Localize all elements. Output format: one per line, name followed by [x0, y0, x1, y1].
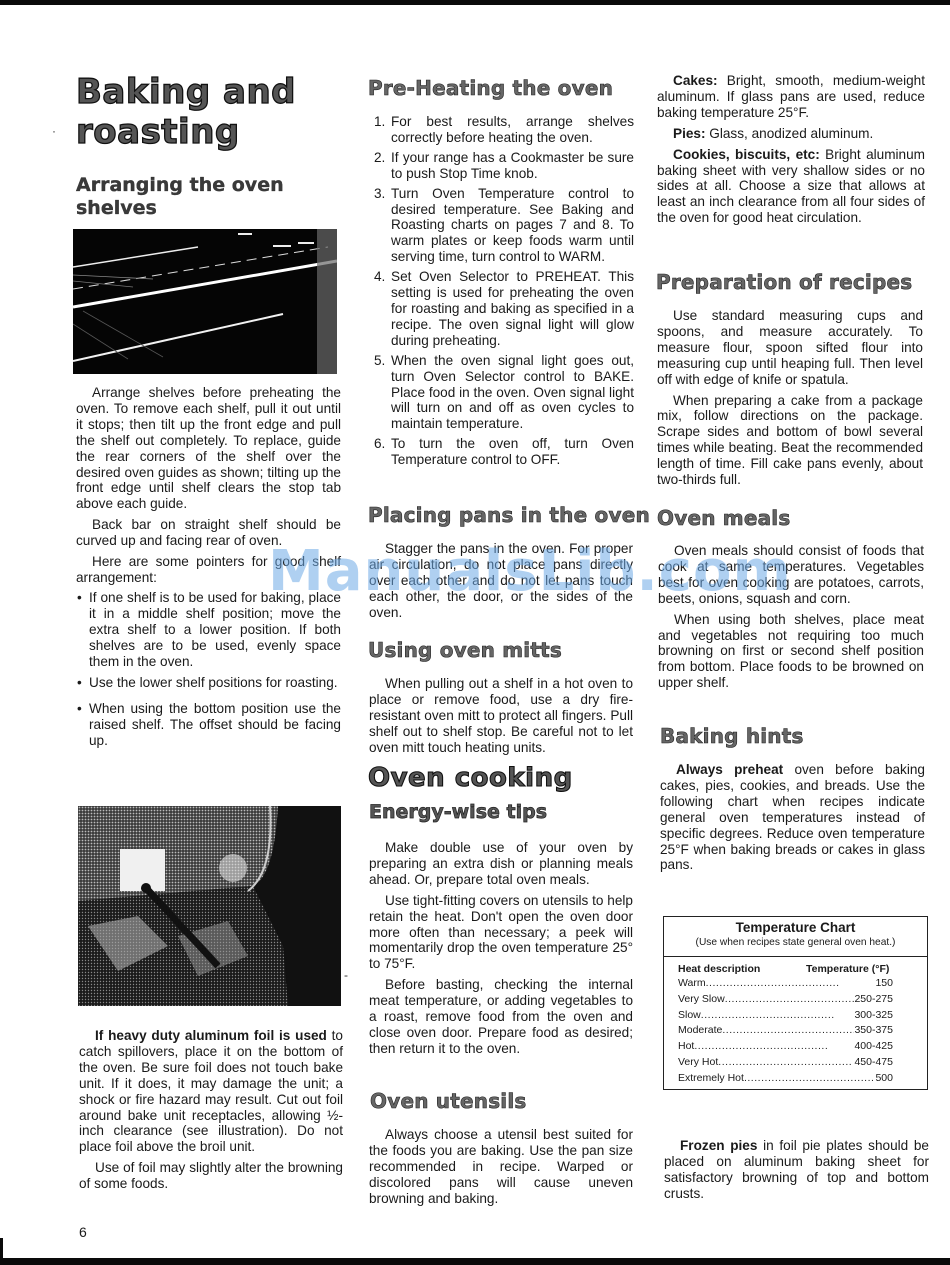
arranging-para1: Arrange shelves before preheating the ov… — [76, 385, 341, 512]
chart-row: Slow300-325 — [664, 1008, 893, 1024]
cakes-para: Cakes: Bright, smooth, medium-weight alu… — [657, 73, 925, 121]
foil-para1: If heavy duty aluminum foil is used to c… — [79, 1028, 343, 1155]
chart-row: Very Slow250-275 — [664, 992, 893, 1008]
pies-para: Pies: Glass, anodized aluminum. — [657, 126, 925, 142]
list-item: 1.For best results, arrange shelves corr… — [370, 114, 634, 146]
page-number: 6 — [79, 1224, 87, 1240]
temperature-chart: Temperature Chart (Use when recipes stat… — [663, 916, 928, 1090]
utensils-text: Always choose a utensil best suited for … — [369, 1127, 633, 1207]
section-title-oven-meals: Oven meals — [657, 506, 790, 530]
corner-border — [0, 1238, 3, 1260]
list-item: •If one shelf is to be used for baking, … — [76, 590, 341, 670]
chart-column-headers: Heat description Temperature (°F) — [664, 957, 927, 976]
section-title-oven-cooking: Oven cooking — [368, 763, 573, 793]
shelf-pointers-list: •If one shelf is to be used for baking, … — [76, 590, 341, 749]
bullet-icon: • — [77, 701, 82, 717]
frozen-pies-text: Frozen pies in foil pie plates should be… — [664, 1138, 929, 1202]
chart-title: Temperature Chart — [664, 917, 927, 936]
margin-mark: - — [344, 968, 348, 982]
placing-text: Stagger the pans in the oven. For proper… — [369, 541, 633, 621]
list-item: 6.To turn the oven off, turn Oven Temper… — [370, 436, 634, 468]
page-title-line2: roasting — [76, 112, 240, 152]
bullet-icon: • — [77, 675, 82, 691]
bullet-icon: • — [77, 590, 82, 606]
mitts-text: When pulling out a shelf in a hot oven t… — [369, 676, 633, 756]
section-title-placing-pans: Placing pans in the oven — [368, 503, 650, 527]
section-title-preheating: Pre-Heating the oven — [368, 76, 613, 100]
list-item: 4.Set Oven Selector to PREHEAT. This set… — [370, 269, 634, 349]
preheat-steps-list: 1.For best results, arrange shelves corr… — [370, 114, 634, 468]
foil-para2: Use of foil may slightly alter the brown… — [79, 1160, 343, 1192]
foil-text: If heavy duty aluminum foil is used to c… — [79, 1028, 343, 1192]
section-title-preparation: Preparation of recipes — [656, 270, 912, 294]
pan-types-text: Cakes: Bright, smooth, medium-weight alu… — [657, 73, 925, 226]
arranging-para2: Back bar on straight shelf should be cur… — [76, 517, 341, 549]
section-title-energy-tips: Energy-wise tips — [369, 801, 547, 824]
chart-row: Warm150 — [664, 976, 893, 992]
page-title-line1: Baking and — [76, 72, 296, 112]
chart-row: Hot400-425 — [664, 1039, 893, 1055]
section-title-oven-utensils: Oven utensils — [370, 1089, 527, 1113]
energy-text: Make double use of your oven by preparin… — [369, 840, 633, 1057]
section-title-oven-mitts: Using oven mitts — [368, 638, 562, 662]
margin-mark: · — [52, 124, 56, 138]
aluminum-foil-photo — [78, 806, 341, 1006]
section-title-arranging: Arranging the oven — [76, 174, 284, 197]
prep-text: Use standard measuring cups and spoons, … — [657, 308, 923, 488]
section-title-baking-hints: Baking hints — [660, 724, 804, 748]
list-item: •When using the bottom position use the … — [76, 701, 341, 749]
arranging-text: Arrange shelves before preheating the ov… — [76, 385, 341, 755]
top-border — [0, 0, 950, 5]
list-item: •Use the lower shelf positions for roast… — [76, 675, 341, 691]
bottom-border — [0, 1258, 950, 1265]
list-item: 5.When the oven signal light goes out, t… — [370, 353, 634, 433]
meals-text: Oven meals should consist of foods that … — [658, 543, 924, 691]
oven-shelves-photo — [73, 229, 337, 374]
chart-row: Very Hot450-475 — [664, 1055, 893, 1071]
section-title-arranging-line2: shelves — [76, 197, 157, 220]
list-item: 2.If your range has a Cookmaster be sure… — [370, 150, 634, 182]
hints-text: Always preheat oven before baking cakes,… — [660, 762, 925, 873]
chart-subtitle: (Use when recipes state general oven hea… — [664, 936, 927, 950]
preheat-steps: 1.For best results, arrange shelves corr… — [370, 114, 634, 472]
chart-header: Temperature Chart (Use when recipes stat… — [664, 917, 927, 957]
chart-row: Moderate350-375 — [664, 1023, 893, 1039]
cookies-para: Cookies, biscuits, etc: Bright aluminum … — [657, 147, 925, 227]
chart-row: Extremely Hot500 — [664, 1071, 893, 1087]
list-item: 3.Turn Oven Temperature control to desir… — [370, 186, 634, 266]
arranging-para3: Here are some pointers for good shelf ar… — [76, 554, 341, 586]
